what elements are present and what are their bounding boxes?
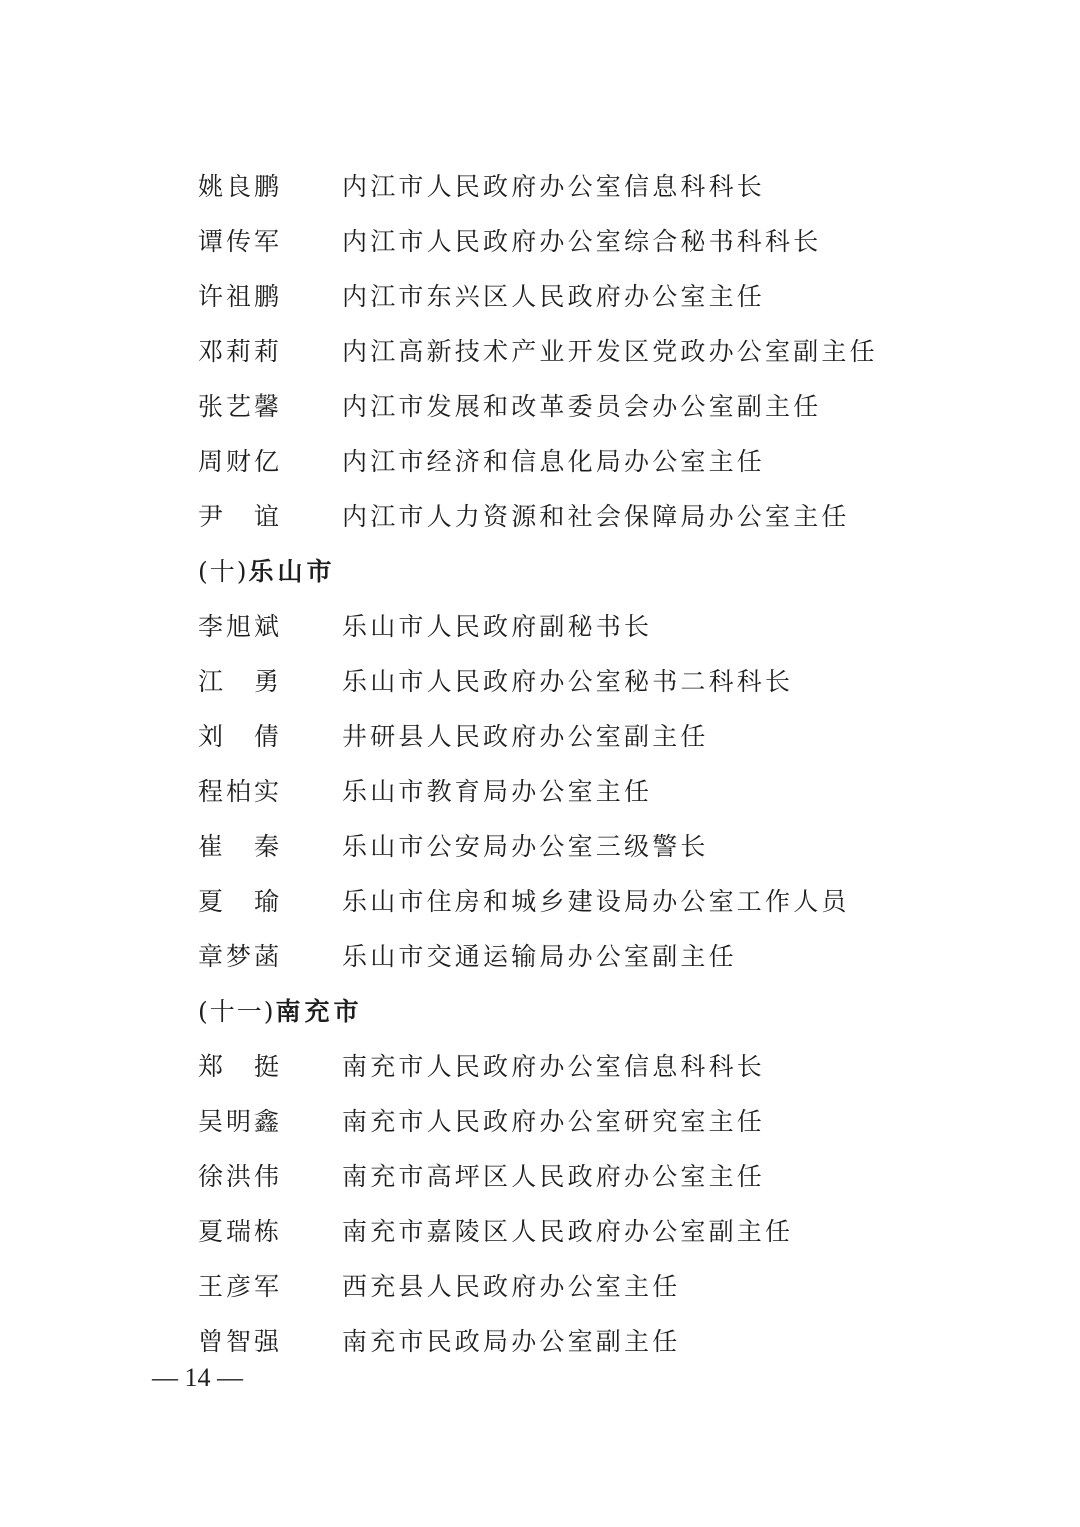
person-name: 吴明鑫 [198,1094,342,1149]
person-name: 程柏实 [198,764,342,819]
person-title: 乐山市交通运输局办公室副主任 [342,929,737,984]
list-item: 张艺馨 内江市发展和改革委员会办公室副主任 [198,379,958,434]
person-title: 内江市东兴区人民政府办公室主任 [342,269,765,324]
list-item: 邓莉莉 内江高新技术产业开发区党政办公室副主任 [198,324,958,379]
section-city: 南充市 [276,984,363,1039]
person-name: 张艺馨 [198,379,342,434]
person-title: 乐山市住房和城乡建设局办公室工作人员 [342,874,850,929]
person-title: 内江市人民政府办公室综合秘书科科长 [342,214,821,269]
list-item: 程柏实 乐山市教育局办公室主任 [198,764,958,819]
person-title: 内江市人民政府办公室信息科科长 [342,159,765,214]
person-name: 王彦军 [198,1259,342,1314]
person-name: 崔 秦 [198,819,342,874]
person-title: 内江市经济和信息化局办公室主任 [342,434,765,489]
person-title: 南充市人民政府办公室信息科科长 [342,1039,765,1094]
list-item: 吴明鑫 南充市人民政府办公室研究室主任 [198,1094,958,1149]
section-city: 乐山市 [249,544,336,599]
person-title: 内江市发展和改革委员会办公室副主任 [342,379,821,434]
person-name: 章梦菡 [198,929,342,984]
list-item: 郑 挺 南充市人民政府办公室信息科科长 [198,1039,958,1094]
person-title: 内江高新技术产业开发区党政办公室副主任 [342,324,878,379]
list-item: 夏 瑜 乐山市住房和城乡建设局办公室工作人员 [198,874,958,929]
section-number: (十一) [198,984,276,1039]
list-item: 江 勇 乐山市人民政府办公室秘书二科科长 [198,654,958,709]
list-item: 夏瑞栋 南充市嘉陵区人民政府办公室副主任 [198,1204,958,1259]
person-name: 江 勇 [198,654,342,709]
person-name: 周财亿 [198,434,342,489]
list-item: 李旭斌 乐山市人民政府副秘书长 [198,599,958,654]
section-heading-nanchong: (十一) 南充市 [198,984,958,1039]
person-name: 谭传军 [198,214,342,269]
person-name: 夏瑞栋 [198,1204,342,1259]
person-title: 南充市高坪区人民政府办公室主任 [342,1149,765,1204]
personnel-list: 姚良鹏 内江市人民政府办公室信息科科长 谭传军 内江市人民政府办公室综合秘书科科… [198,159,958,1369]
page-number: — 14 — [152,1362,243,1394]
person-title: 乐山市公安局办公室三级警长 [342,819,709,874]
list-item: 许祖鹏 内江市东兴区人民政府办公室主任 [198,269,958,324]
person-name: 邓莉莉 [198,324,342,379]
person-name: 许祖鹏 [198,269,342,324]
list-item: 崔 秦 乐山市公安局办公室三级警长 [198,819,958,874]
list-item: 刘 倩 井研县人民政府办公室副主任 [198,709,958,764]
person-title: 井研县人民政府办公室副主任 [342,709,709,764]
person-title: 乐山市教育局办公室主任 [342,764,652,819]
person-title: 南充市人民政府办公室研究室主任 [342,1094,765,1149]
person-name: 郑 挺 [198,1039,342,1094]
person-name: 曾智强 [198,1314,342,1369]
person-name: 刘 倩 [198,709,342,764]
list-item: 王彦军 西充县人民政府办公室主任 [198,1259,958,1314]
person-title: 内江市人力资源和社会保障局办公室主任 [342,489,850,544]
person-name: 李旭斌 [198,599,342,654]
section-number: (十) [198,544,249,599]
person-name: 徐洪伟 [198,1149,342,1204]
list-item: 谭传军 内江市人民政府办公室综合秘书科科长 [198,214,958,269]
document-page: 姚良鹏 内江市人民政府办公室信息科科长 谭传军 内江市人民政府办公室综合秘书科科… [0,0,1080,1527]
person-title: 南充市民政局办公室副主任 [342,1314,680,1369]
section-heading-leshan: (十) 乐山市 [198,544,958,599]
list-item: 尹 谊 内江市人力资源和社会保障局办公室主任 [198,489,958,544]
list-item: 姚良鹏 内江市人民政府办公室信息科科长 [198,159,958,214]
person-title: 西充县人民政府办公室主任 [342,1259,680,1314]
person-title: 南充市嘉陵区人民政府办公室副主任 [342,1204,793,1259]
list-item: 曾智强 南充市民政局办公室副主任 [198,1314,958,1369]
person-name: 尹 谊 [198,489,342,544]
list-item: 徐洪伟 南充市高坪区人民政府办公室主任 [198,1149,958,1204]
person-title: 乐山市人民政府副秘书长 [342,599,652,654]
person-title: 乐山市人民政府办公室秘书二科科长 [342,654,793,709]
person-name: 夏 瑜 [198,874,342,929]
person-name: 姚良鹏 [198,159,342,214]
list-item: 章梦菡 乐山市交通运输局办公室副主任 [198,929,958,984]
list-item: 周财亿 内江市经济和信息化局办公室主任 [198,434,958,489]
